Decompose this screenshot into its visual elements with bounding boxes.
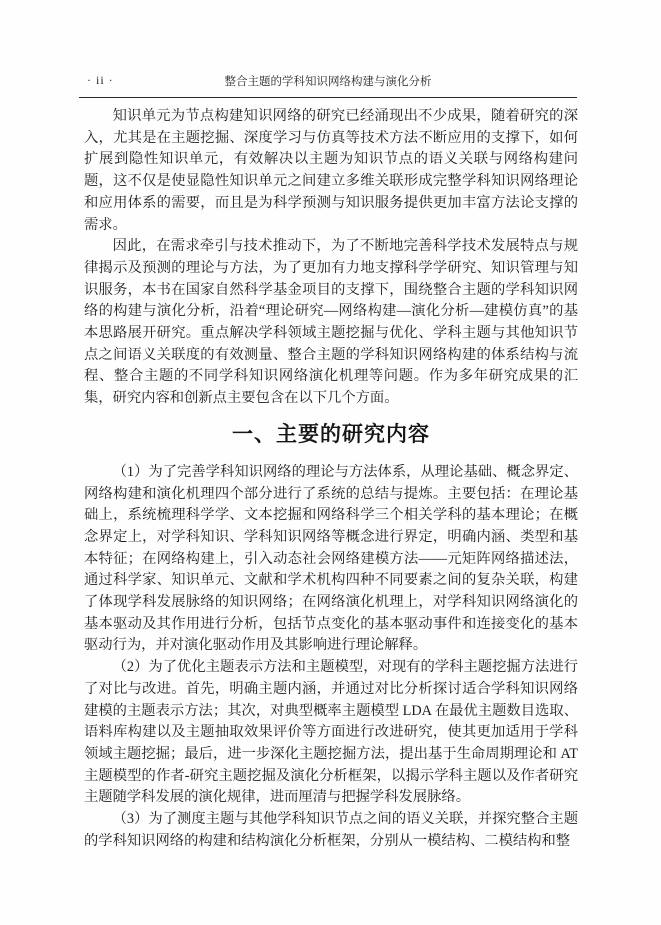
section-paragraph-2: （2）为了优化主题表示方法和主题模型，对现有的学科主题挖掘方法进行了对比与改进。… [84,657,578,809]
section-paragraph-1: （1）为了完善学科知识网络的理论与方法体系，从理论基础、概念界定、网络构建和演化… [84,462,578,657]
book-page: · ii · 整合主题的学科知识网络构建与演化分析 知识单元为节点构建知识网络的… [0,0,661,925]
header-rule [79,97,577,98]
page-header: · ii · 整合主题的学科知识网络构建与演化分析 [79,70,577,92]
intro-paragraph-2: 因此，在需求牵引与技术推动下，为了不断地完善科学技术发展特点与规律揭示及预测的理… [84,236,578,410]
page-body: 知识单元为节点构建知识网络的研究已经涌现出不少成果，随着研究的深入，尤其是在主题… [84,106,578,853]
section-paragraph-3: （3）为了测度主题与其他学科知识节点之间的语义关联，并探究整合主题的学科知识网络… [84,809,578,852]
section-heading: 一、主要的研究内容 [84,419,578,449]
running-title: 整合主题的学科知识网络构建与演化分析 [79,73,577,89]
intro-paragraph-1: 知识单元为节点构建知识网络的研究已经涌现出不少成果，随着研究的深入，尤其是在主题… [84,106,578,236]
